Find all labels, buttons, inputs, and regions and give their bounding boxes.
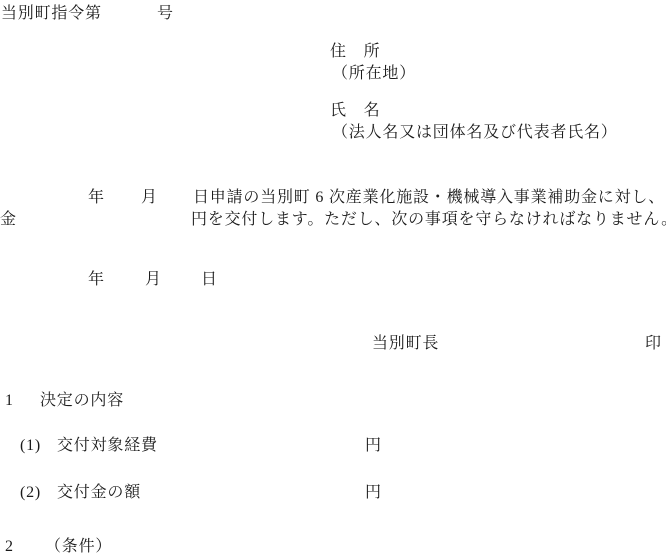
section-1-title: 決定の内容	[40, 391, 124, 410]
signature-seal: 印	[645, 334, 662, 353]
issue-date-line: 年 月 日	[0, 270, 666, 289]
section-2-title: （条件）	[45, 537, 112, 556]
item-2-label: 交付金の額	[57, 483, 141, 502]
recipient-name-note: （法人名又は団体名及び代表者氏名）	[332, 123, 618, 142]
section-2-heading: 2 （条件）	[0, 537, 666, 556]
directive-prefix: 当別町指令第	[1, 4, 102, 23]
issue-date-day: 日	[201, 270, 218, 289]
recipient-address-label: 住 所	[330, 42, 380, 61]
issue-date-year: 年	[88, 270, 105, 289]
directive-number-line: 当別町指令第 号	[0, 4, 666, 23]
recipient-address-note: （所在地）	[332, 64, 416, 83]
item-2-number: (2)	[20, 483, 41, 502]
issue-date-month: 月	[145, 270, 162, 289]
body-line-2: 金 円を交付します。ただし、次の事項を守らなければなりません。	[0, 210, 666, 229]
body-amount-prefix: 金	[0, 210, 17, 229]
item-1-label: 交付対象経費	[57, 436, 158, 455]
recipient-name-label: 氏 名	[330, 101, 380, 120]
item-1-number: (1)	[20, 436, 41, 455]
directive-number-suffix: 号	[157, 4, 174, 23]
section-1-item-1: (1) 交付対象経費 円	[0, 436, 666, 455]
document-page: 当別町指令第 号 住 所 （所在地） 氏 名 （法人名又は団体名及び代表者氏名）…	[0, 0, 666, 556]
section-1-item-2: (2) 交付金の額 円	[0, 483, 666, 502]
section-2-number: 2	[5, 537, 14, 556]
section-1-number: 1	[5, 391, 14, 410]
item-1-unit: 円	[365, 436, 382, 455]
signature-line: 当別町長 印	[0, 334, 666, 353]
body-line-1-text: 日申請の当別町 6 次産業化施設・機械導入事業補助金に対し、	[193, 188, 665, 207]
body-line-2-text: 円を交付します。ただし、次の事項を守らなければなりません。	[191, 210, 666, 229]
signature-title: 当別町長	[372, 334, 439, 353]
body-date-month: 月	[141, 188, 158, 207]
item-2-unit: 円	[365, 483, 382, 502]
body-line-1: 年 月 日申請の当別町 6 次産業化施設・機械導入事業補助金に対し、	[0, 188, 666, 207]
section-1-heading: 1 決定の内容	[0, 391, 666, 410]
body-date-year: 年	[88, 188, 105, 207]
